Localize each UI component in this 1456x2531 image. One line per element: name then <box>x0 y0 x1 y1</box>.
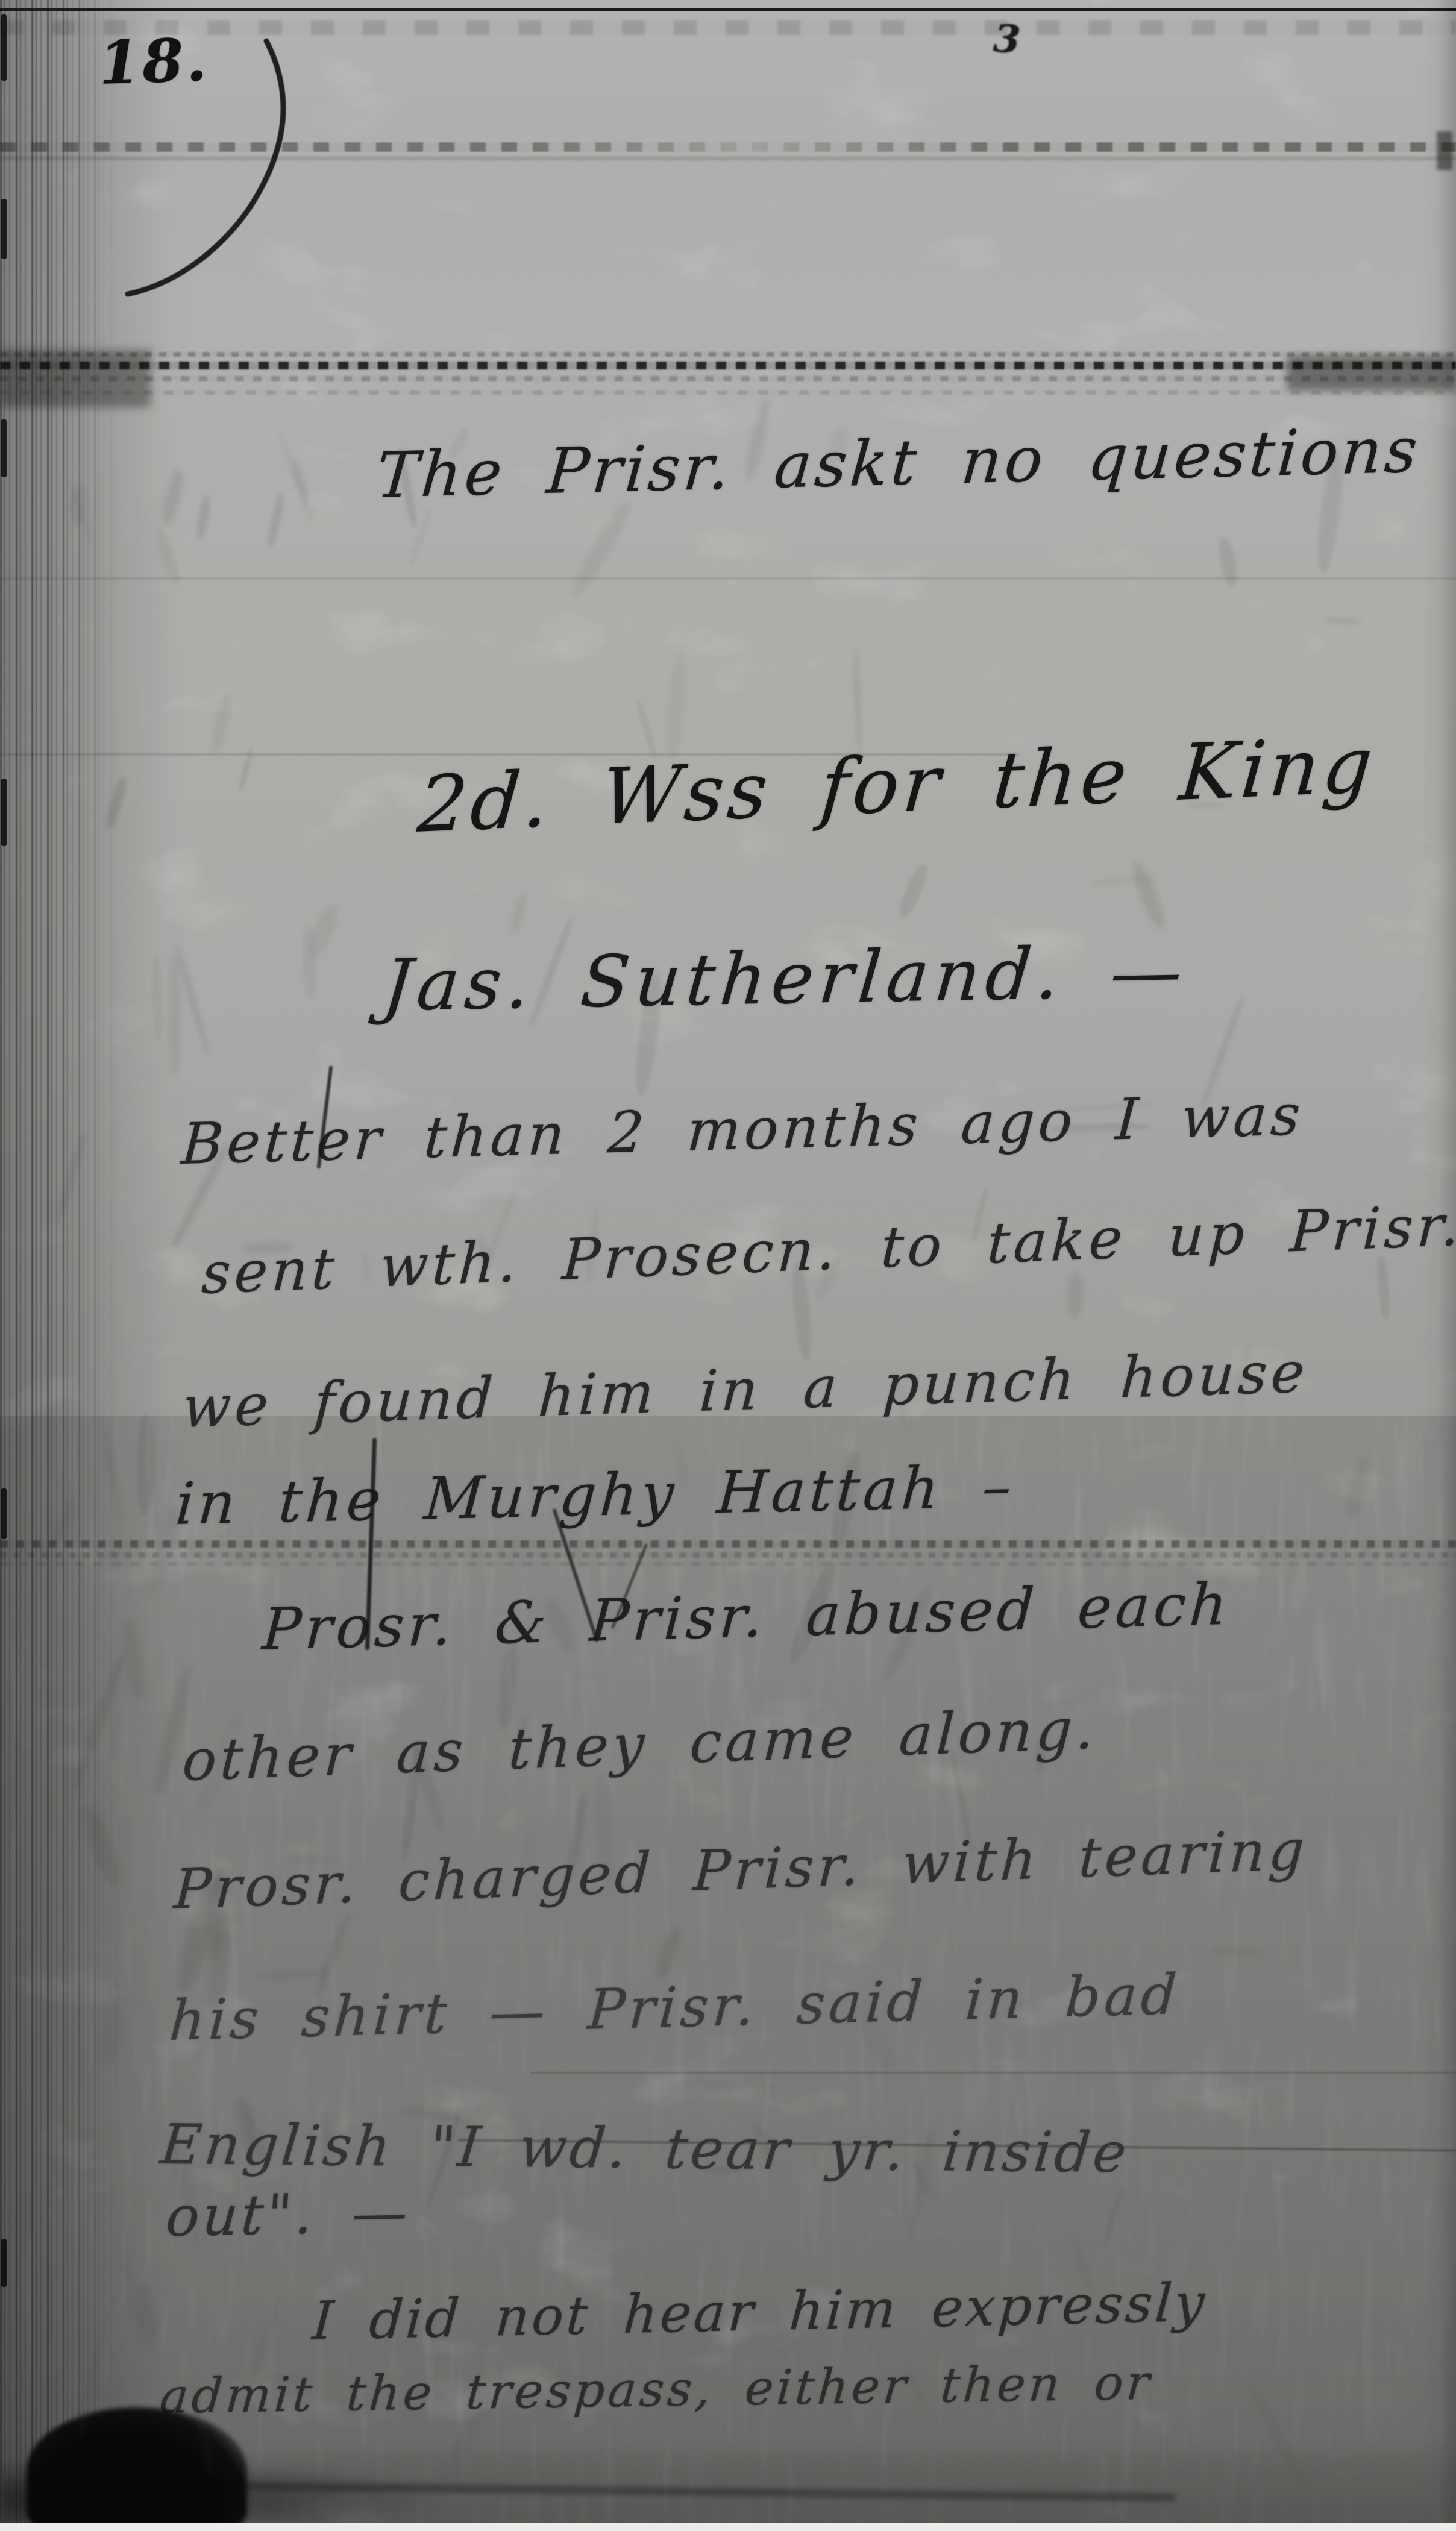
left-edge-mark <box>1 199 7 259</box>
mid-stitch-band <box>0 1540 1456 1568</box>
faint-rule-line <box>0 577 1456 580</box>
left-edge-mark <box>1 419 7 477</box>
page-number-flourish <box>84 24 313 313</box>
ink-bleed-smudge <box>1089 874 1155 887</box>
ink-bleed-smudge <box>509 893 529 935</box>
ink-bleed-smudge <box>573 1671 610 1681</box>
ink-bleed-smudge <box>1320 617 1363 625</box>
ink-bleed-smudge <box>895 862 932 921</box>
manuscript-line: Better than 2 months ago I was <box>180 1082 1305 1178</box>
manuscript-line: in the Murghy Hattah – <box>174 1453 1017 1538</box>
ink-bleed-smudge <box>1344 1457 1372 1519</box>
ink-bleed-smudge <box>652 1925 685 1983</box>
ink-bleed-smudge <box>682 2078 777 2091</box>
faint-rule-line <box>530 2072 1456 2074</box>
ink-bleed-smudge <box>1216 537 1240 588</box>
thumb-shadow <box>27 2407 247 2531</box>
manuscript-line: out". — <box>164 2180 413 2249</box>
ink-bleed-smudge <box>195 495 212 541</box>
manuscript-line: sent wth. Prosecn. to take up Prisr. <box>200 1193 1456 1307</box>
stitch-band <box>0 352 1456 418</box>
scan-top-edge-line <box>0 8 1456 11</box>
manuscript-line: English "I wd. tear yr. inside <box>158 2112 1132 2185</box>
manuscript-line: I did not hear him expressly <box>310 2271 1209 2352</box>
annotation-line: The Prisr. askt no questions <box>374 413 1423 512</box>
manuscript-line: his shirt — Prisr. said in bad <box>168 1962 1182 2053</box>
ink-bleed-smudge <box>174 942 211 1056</box>
manuscript-page: 18. 3 The Prisr. askt no questions 2d. W… <box>0 0 1456 2531</box>
left-edge-mark <box>1 2239 7 2287</box>
ink-bleed-smudge <box>208 692 234 754</box>
manuscript-line: Prosr. & Prisr. abused each <box>260 1570 1232 1663</box>
ink-bleed-smudge <box>1066 1272 1084 1319</box>
ink-bleed-smudge <box>853 645 863 756</box>
ink-bleed-smudge <box>566 498 635 600</box>
ink-bleed-smudge <box>266 492 286 550</box>
ink-bleed-smudge <box>1210 1946 1265 1960</box>
ink-bleed-smudge <box>1128 859 1170 932</box>
manuscript-line: admit the trespass, either then or <box>158 2354 1155 2424</box>
manuscript-line: we found him in a punch house <box>181 1340 1310 1441</box>
ink-bleed-smudge <box>256 1968 328 1982</box>
ink-bleed-smudge <box>663 652 690 761</box>
manuscript-line: other as they came along. <box>181 1696 1099 1794</box>
ink-bleed-smudge <box>276 431 317 525</box>
left-edge-mark <box>1 1488 7 1539</box>
ink-bleed-smudge <box>289 456 310 504</box>
left-edge-mark <box>1 14 7 81</box>
manuscript-line: Prosr. charged Prisr. with tearing <box>172 1817 1310 1922</box>
left-edge-mark <box>1 779 7 846</box>
scan-bottom-strip <box>0 2523 1456 2531</box>
ink-bleed-smudge <box>168 955 181 1077</box>
witness-name: Jas. Sutherland. — <box>380 929 1191 1027</box>
ink-bleed-smudge <box>406 507 434 569</box>
ink-bleed-smudge <box>301 926 317 997</box>
top-ink-mark: 3 <box>992 16 1022 63</box>
ink-bleed-smudge <box>305 902 343 959</box>
ink-bleed-smudge <box>1376 1255 1392 1320</box>
ink-bleed-smudge <box>1101 2188 1124 2248</box>
witness-heading: 2d. Wss for the King <box>415 720 1379 850</box>
